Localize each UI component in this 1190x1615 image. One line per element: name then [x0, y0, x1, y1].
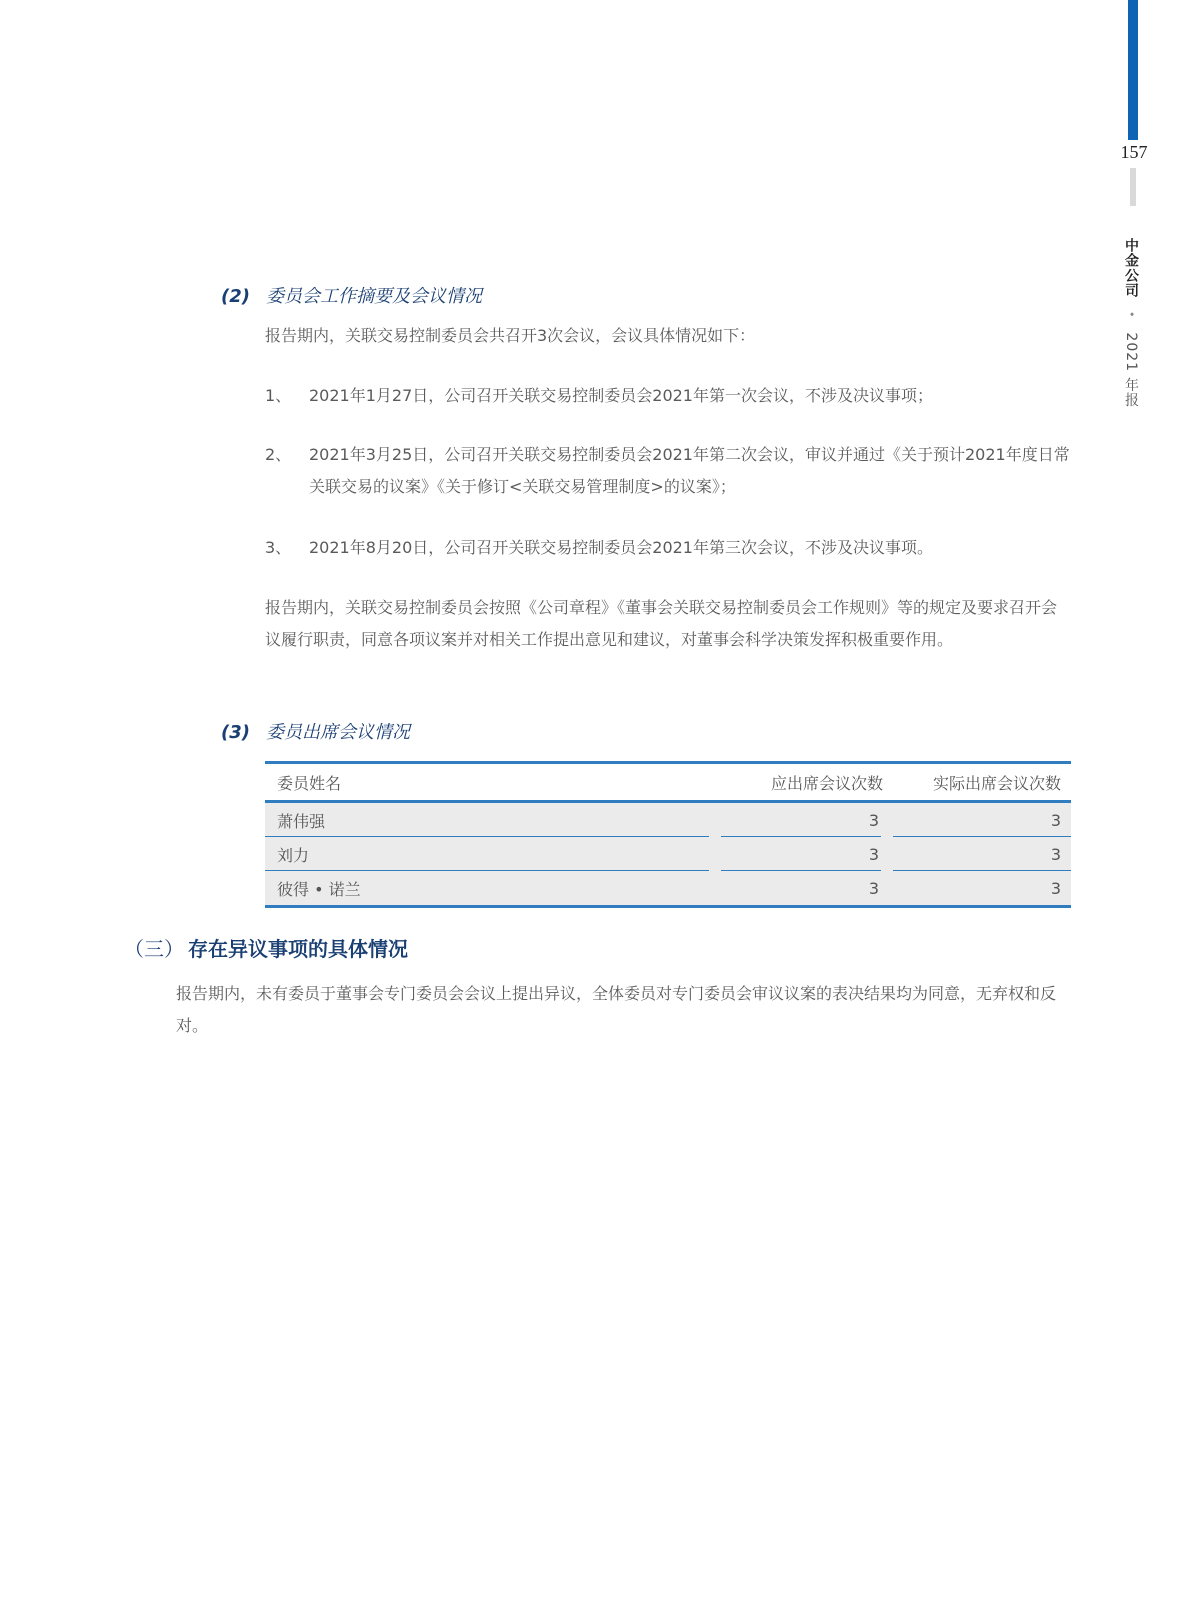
list-text: 2021年3月25日，公司召开关联交易控制委员会2021年第二次会议，审议并通过…	[309, 439, 1071, 503]
header-actual-meetings: 实际出席会议次数	[893, 771, 1071, 794]
required-count: 3	[721, 837, 881, 871]
subsection-heading-2: (2)委员会工作摘要及会议情况	[221, 282, 482, 308]
required-count: 3	[721, 871, 881, 905]
section-number: （三）	[124, 937, 184, 961]
table-header-row: 委员姓名 应出席会议次数 实际出席会议次数	[265, 764, 1071, 800]
header-member-name: 委员姓名	[265, 771, 713, 794]
subsection-number: (3)	[221, 722, 266, 743]
member-name: 彼得 • 诺兰	[265, 871, 709, 905]
meeting-list-item: 1、 2021年1月27日，公司召开关联交易控制委员会2021年第一次会议，不涉…	[265, 380, 1071, 412]
subsection-heading-3: (3)委员出席会议情况	[221, 718, 410, 744]
section-body-paragraph: 报告期内，未有委员于董事会专门委员会会议上提出异议，全体委员对专门委员会审议议案…	[176, 978, 1071, 1042]
subsection-title: 委员出席会议情况	[266, 722, 410, 743]
meeting-list-item: 3、 2021年8月20日，公司召开关联交易控制委员会2021年第三次会议，不涉…	[265, 532, 1071, 564]
table-bottom-rule	[265, 905, 1071, 908]
margin-divider-bar	[1130, 168, 1136, 206]
meeting-list-item: 2、 2021年3月25日，公司召开关联交易控制委员会2021年第二次会议，审议…	[265, 439, 1071, 503]
attendance-table: 委员姓名 应出席会议次数 实际出席会议次数 萧伟强 3 3 刘力 3 3 彼得 …	[265, 761, 1071, 908]
margin-accent-bar	[1128, 0, 1138, 140]
report-title: 2021 年报	[1123, 332, 1139, 407]
list-index: 1、	[265, 380, 309, 412]
subsection-title: 委员会工作摘要及会议情况	[266, 286, 482, 307]
table-row: 萧伟强 3 3	[265, 803, 1071, 837]
table-body: 萧伟强 3 3 刘力 3 3 彼得 • 诺兰 3 3	[265, 803, 1071, 905]
list-text: 2021年1月27日，公司召开关联交易控制委员会2021年第一次会议，不涉及决议…	[309, 380, 1071, 412]
table-row: 刘力 3 3	[265, 837, 1071, 871]
intro-paragraph: 报告期内，关联交易控制委员会共召开3次会议，会议具体情况如下：	[265, 320, 1071, 352]
required-count: 3	[721, 803, 881, 837]
list-index: 2、	[265, 439, 309, 471]
section-heading-iii: （三）存在异议事项的具体情况	[124, 933, 408, 962]
list-text: 2021年8月20日，公司召开关联交易控制委员会2021年第三次会议，不涉及决议…	[309, 532, 1071, 564]
member-name: 刘力	[265, 837, 709, 871]
running-header: 中金公司 • 2021 年报	[1121, 238, 1141, 408]
page-number: 157	[1112, 142, 1156, 163]
section-title: 存在异议事项的具体情况	[188, 937, 408, 961]
actual-count: 3	[893, 803, 1071, 837]
member-name: 萧伟强	[265, 803, 709, 837]
actual-count: 3	[893, 837, 1071, 871]
list-index: 3、	[265, 532, 309, 564]
company-name: 中金公司	[1123, 238, 1139, 298]
subsection-number: (2)	[221, 286, 266, 307]
actual-count: 3	[893, 871, 1071, 905]
summary-paragraph: 报告期内，关联交易控制委员会按照《公司章程》《董事会关联交易控制委员会工作规则》…	[265, 592, 1071, 656]
header-required-meetings: 应出席会议次数	[713, 771, 893, 794]
table-row: 彼得 • 诺兰 3 3	[265, 871, 1071, 905]
separator-dot-icon: •	[1125, 311, 1138, 319]
